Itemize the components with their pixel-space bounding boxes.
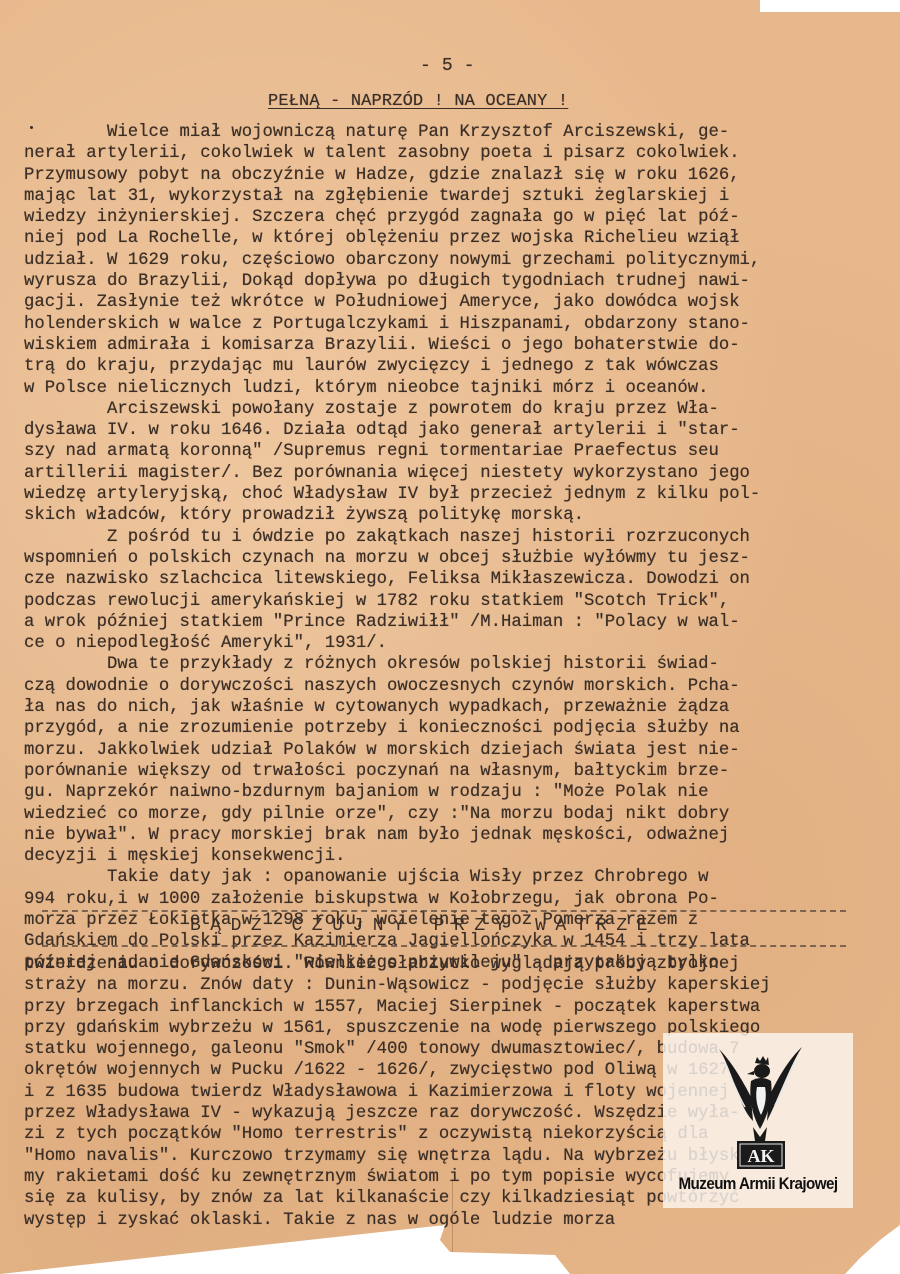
body-line: gu. Naprzekór naiwno-bzdurnym bajaniom w… — [24, 782, 884, 803]
body-line: wiedzę artyleryjską, choć Władysław IV b… — [24, 484, 884, 505]
section-banner-title: BĄDŹ CZUJNY PRZY WATRZE — [190, 916, 657, 936]
torn-edge — [760, 0, 900, 12]
section-divider-top — [42, 910, 846, 912]
body-line: 994 roku,i w 1000 założenie biskupstwa w… — [24, 889, 884, 910]
body-line: holenderskich w walce z Portugalczykami … — [24, 314, 884, 335]
article-title: PEŁNĄ - NAPRZÓD ! NA OCEANY ! — [268, 92, 568, 111]
body-line: Dwa te przykłady z różnych okresów polsk… — [24, 654, 884, 675]
body-line: wiskiem admirała i komisarza Brazylii. W… — [24, 335, 884, 356]
body-line: wiedzy inżynierskiej. Szczera chęć przyg… — [24, 207, 884, 228]
body-line: Arciszewski powołany zostaje z powrotem … — [24, 399, 884, 420]
body-line: niej pod La Rochelle, w której oblężeniu… — [24, 228, 884, 249]
body-line: ce o niepodległość Ameryki", 1931/. — [24, 633, 884, 654]
body-line: w Polsce nielicznych ludzi, którym nieob… — [24, 378, 884, 399]
body-line: podczas rewolucji amerykańskiej w 1782 r… — [24, 591, 884, 612]
body-line: udział. W 1629 roku, częściowo obarczony… — [24, 250, 884, 271]
body-line: wiedzieć co morze, gdy pilnie orze", czy… — [24, 804, 884, 825]
body-line: straży na morzu. Znów daty : Dunin-Wąsow… — [24, 975, 884, 996]
body-line: cze nazwisko szlachcica litewskiego, Fel… — [24, 569, 884, 590]
body-line: trą do kraju, przydając mu laurów zwycię… — [24, 356, 884, 377]
body-line: mając lat 31, wykorzystał na zgłębienie … — [24, 186, 884, 207]
body-line: Przymusowy pobyt na obczyźnie w Hadze, g… — [24, 165, 884, 186]
body-line: występ i zyskać oklaski. Takie z nas w o… — [24, 1210, 884, 1231]
museum-name-label: Muzeum Armii Krajowej — [671, 1175, 846, 1194]
body-line: gacji. Zasłynie też wkrótce w Południowe… — [24, 292, 884, 313]
eagle-icon: AK — [713, 1041, 808, 1171]
body-line: szy nad armatą koronną" /Supremus regni … — [24, 441, 884, 462]
body-line: czą dowodnie o dorywczości naszych owocz… — [24, 676, 884, 697]
ak-letters: AK — [748, 1146, 775, 1166]
body-line: Z pośród tu i ówdzie po zakątkach naszej… — [24, 527, 884, 548]
body-line: ła nas do nich, jak właśnie w cytowanych… — [24, 697, 884, 718]
body-line: twierdzeniu o dorywczości. Również słabi… — [24, 954, 884, 975]
body-line: porównanie większy od trwałości poczynań… — [24, 761, 884, 782]
body-line: nerał artylerii, cokolwiek w talent zaso… — [24, 143, 884, 164]
body-line: nie bywał". W pracy morskiej brak nam by… — [24, 825, 884, 846]
body-line: wyrusza do Brazylii, Dokąd dopływa po dł… — [24, 271, 884, 292]
article-body: Wielce miał wojowniczą naturę Pan Krzysz… — [24, 122, 884, 974]
section-divider-bottom — [42, 945, 846, 947]
museum-watermark: AK Muzeum Armii Krajowej — [663, 1033, 853, 1208]
body-line: Takie daty jak : opanowanie ujścia Wisły… — [24, 867, 884, 888]
body-line: morzu. Jakkolwiek udział Polaków w morsk… — [24, 740, 884, 761]
page-number: - 5 - — [420, 56, 475, 76]
body-line: przygód, a nie zrozumienie potrzeby i ko… — [24, 718, 884, 739]
body-line: a wrok później statkiem "Prince Radziwił… — [24, 612, 884, 633]
body-line: skich władców, który prowadził żywszą po… — [24, 505, 884, 526]
body-line: przy brzegach inflanckich w 1557, Maciej… — [24, 997, 884, 1018]
body-line: decyzji i męskiej konsekwencji. — [24, 846, 884, 867]
body-line: dysława IV. w roku 1646. Działa odtąd ja… — [24, 420, 884, 441]
body-line: wspomnień o polskich czynach na morzu w … — [24, 548, 884, 569]
body-line: Wielce miał wojowniczą naturę Pan Krzysz… — [24, 122, 884, 143]
body-line: artillerii magister/. Bez porównania wię… — [24, 463, 884, 484]
